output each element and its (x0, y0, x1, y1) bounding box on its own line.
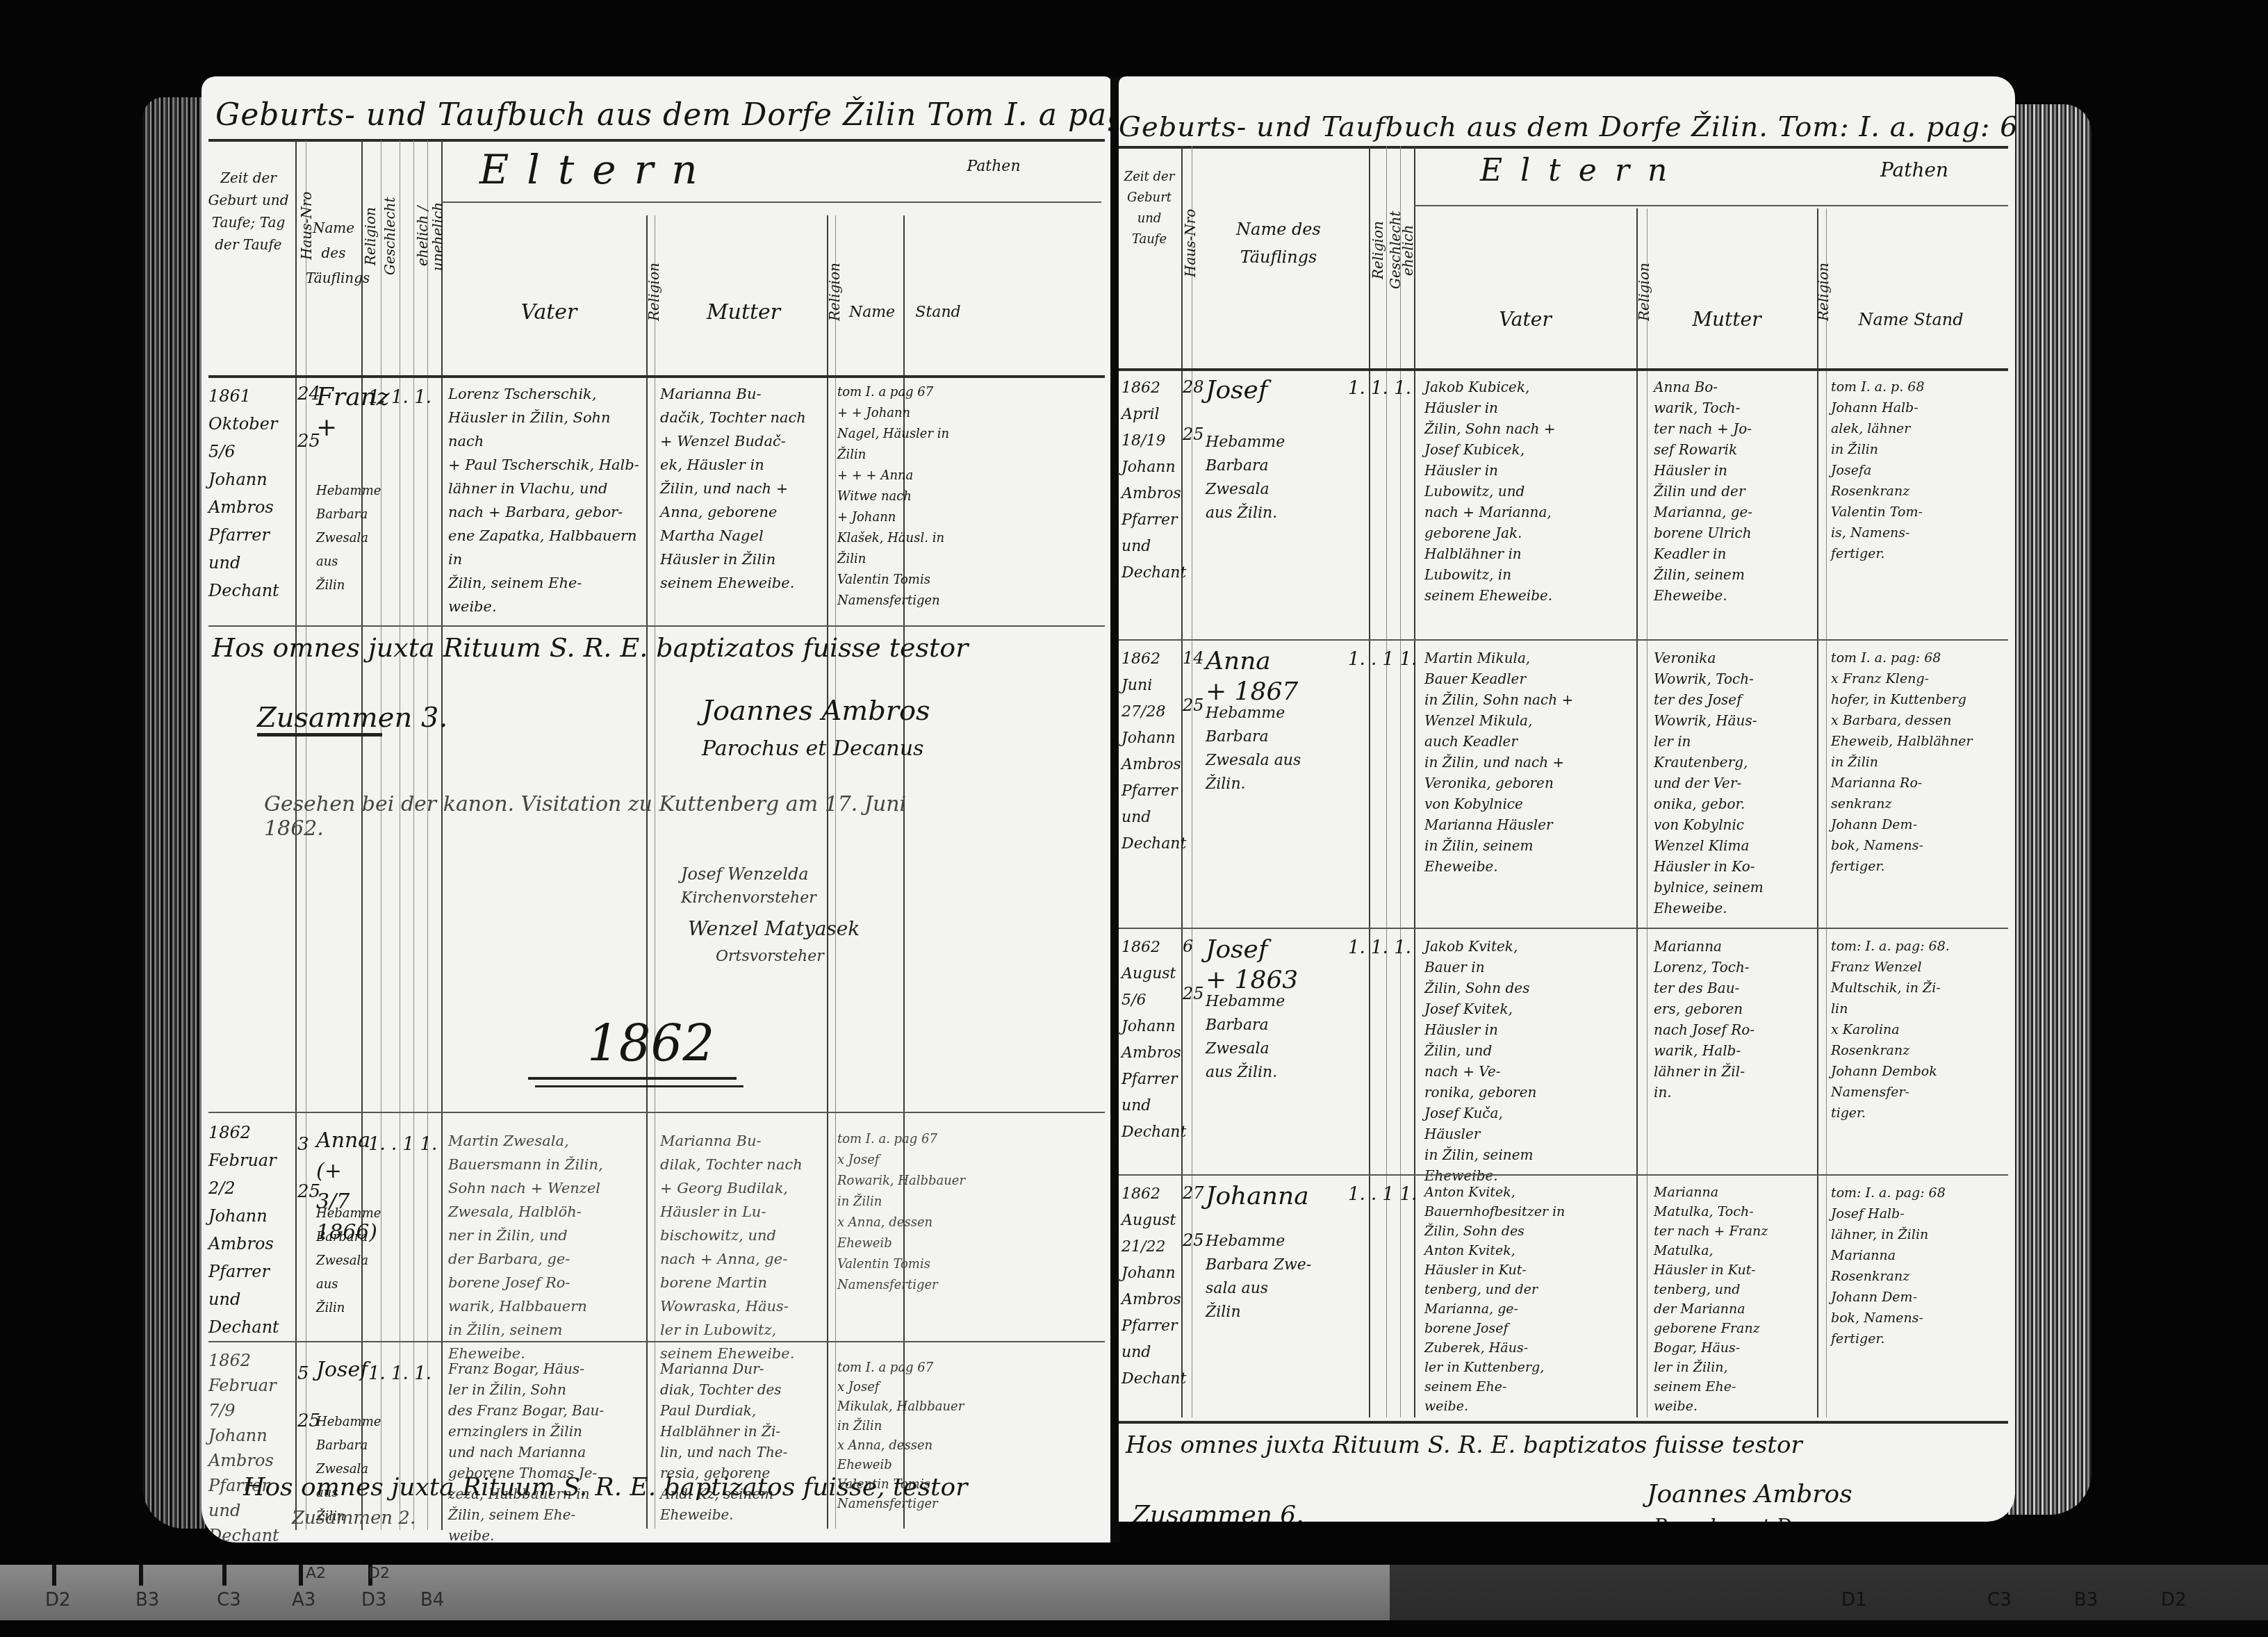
left-page-title: Geburts- und Taufbuch aus dem Dorfe Žili… (215, 97, 1112, 133)
entry-godparents: tom: I. a. pag: 68 Josef Halb- lähner, i… (1831, 1183, 2005, 1349)
entry-father: Jakob Kubicek, Häusler in Žilin, Sohn na… (1424, 377, 1633, 606)
entry-house-number: 27 25 (1183, 1181, 1197, 1252)
entry-date: 1862 August 5/6 Johann Ambros Pfarrer un… (1121, 935, 1183, 1146)
header-bottom-rule (1119, 368, 2008, 371)
godparent-name-header: Name (841, 299, 903, 327)
entry-marks: 1. . 1 1. (1348, 648, 1424, 671)
entry-midwife: Hebamme Barbara Zwesala aus Žilin (316, 1202, 365, 1320)
entry-house-number: 28 25 (1183, 375, 1197, 446)
year-underline (528, 1077, 737, 1080)
entry-mother: Marianna Matulka, Toch- ter nach + Franz… (1654, 1183, 1817, 1416)
column-divider (1647, 208, 1647, 1417)
scale-label: C3 (1987, 1590, 2012, 1611)
entry-mother: Veronika Wowrik, Toch- ter des Josef Wow… (1654, 648, 1817, 919)
entry-house-number: 6 25 (1183, 935, 1197, 1005)
entry-father: Martin Zwesala, Bauersmann in Žilin, Soh… (448, 1129, 646, 1365)
scale-label: C3 (217, 1590, 241, 1611)
entry-child-name: Johanna (1206, 1181, 1372, 1212)
entry-date: 1862 April 18/19 Johann Ambros Pfarrer u… (1121, 375, 1183, 586)
summary-count: Zusammen 3. (257, 702, 447, 734)
entry-father: Franz Bogar, Häus- ler in Žilin, Sohn de… (448, 1358, 646, 1543)
entry-divider (208, 1341, 1105, 1342)
column-divider (1817, 208, 1818, 1417)
entry-date: 1862 Februar 2/2 Johann Ambros Pfarrer u… (208, 1119, 295, 1341)
scale-label: B4 (420, 1590, 444, 1611)
witness-1-role: Kirchenvorsteher (681, 887, 816, 910)
entry-marks: 1. . 1 1. (368, 1133, 445, 1156)
entry-marks: 1. 1. 1. (368, 1362, 445, 1385)
scale-tick (139, 1565, 143, 1586)
godparent-name-status-header: Name Stand (1841, 306, 1980, 334)
subheader-rule (441, 201, 1101, 203)
parents-section-header: Eltern (1480, 153, 1685, 188)
father-religion-header: Religion (646, 229, 661, 354)
father-header: Vater (493, 299, 605, 327)
entry-divider (1119, 639, 2008, 641)
scale-label: A3 (292, 1590, 315, 1611)
entry-divider (208, 625, 1105, 627)
entry-father: Jakob Kvitek, Bauer in Žilin, Sohn des J… (1424, 936, 1633, 1186)
summary-count: Zusammen 6. (1133, 1501, 1304, 1522)
entry-divider (208, 1112, 1105, 1113)
entry-godparents: tom I. a. p. 68 Johann Halb- alek, lähne… (1831, 377, 2005, 564)
subheader-rule (1414, 205, 2008, 206)
entry-house-number: 5 25 (297, 1362, 318, 1433)
legitimacy-header: ehelich (1400, 181, 1415, 320)
entry-house-number: 24 25 (297, 382, 318, 453)
entry-divider (1119, 1174, 2008, 1176)
attestation-text: Hos omnes juxta Rituum S. R. E. baptizat… (1126, 1431, 1802, 1459)
right-page: Geburts- und Taufbuch aus dem Dorfe Žili… (1119, 76, 2015, 1522)
entry-date: 1862 August 21/22 Johann Ambros Pfarrer … (1121, 1181, 1183, 1392)
column-divider (1369, 146, 1370, 1417)
scale-tick (299, 1565, 303, 1586)
column-divider (1386, 146, 1387, 1417)
godparents-header: Pathen (952, 153, 1035, 181)
scale-label-top: D2 (368, 1565, 390, 1582)
entry-date: 1862 Juni 27/28 Johann Ambros Pfarrer un… (1121, 646, 1183, 857)
mother-religion-header: Religion (827, 229, 842, 354)
sex-header: Geschlecht (382, 174, 397, 299)
scale-label: D2 (2161, 1590, 2187, 1611)
witness-2-role: Ortsvorsteher (716, 945, 824, 969)
header-rule (208, 139, 1105, 142)
entry-godparents: tom I. a. pag 67 x Josef Rowarik, Halbba… (837, 1129, 976, 1296)
pastor-title: Parochus et Decanus (1654, 1515, 1861, 1522)
entry-midwife: Hebamme Barbara Zwesala aus Žilin. (1206, 990, 1345, 1085)
entry-child-name: Anna + 1867 (1206, 646, 1345, 707)
summary-underline (257, 733, 382, 737)
godparents-header: Pathen (1869, 156, 1959, 184)
entry-father: Martin Mikula, Bauer Keadler in Žilin, S… (1424, 648, 1633, 877)
book-page-edges-right (2008, 104, 2092, 1515)
godparent-status-header: Stand (907, 299, 969, 327)
column-divider (827, 215, 828, 1529)
column-divider (646, 215, 648, 1529)
pastor-signature: Joannes Ambros (1647, 1480, 1852, 1508)
left-page: Geburts- und Taufbuch aus dem Dorfe Žili… (202, 76, 1112, 1543)
scale-label-top: A2 (306, 1565, 326, 1582)
scanned-register-spread: Geburts- und Taufbuch aus dem Dorfe Žili… (0, 0, 2268, 1637)
scale-label: D2 (45, 1590, 71, 1611)
house-number-header: Haus-Nro (1183, 195, 1198, 292)
attestation-text-bottom: Hos omnes juxta Rituum S. R. E. baptizat… (243, 1473, 967, 1502)
witness-2-name: Wenzel Matyasek (688, 917, 860, 941)
book-page-edges-left (142, 97, 205, 1529)
legitimacy-header: ehelich / unehelich (415, 174, 445, 299)
column-divider (1400, 146, 1401, 1417)
pastor-signature: Joannes Ambros (702, 695, 930, 727)
witness-1-name: Josef Wenzelda (681, 862, 809, 887)
date-column-header: Zeit der Geburt und Taufe (1119, 167, 1180, 250)
column-divider (1414, 146, 1415, 1417)
color-scale-bar-right: D1 C3 B3 D2 (1390, 1565, 2268, 1620)
pastor-title: Parochus et Decanus (702, 737, 923, 761)
entry-marks: 1. 1. 1. (368, 386, 445, 409)
scale-label: D3 (361, 1590, 387, 1611)
child-name-header: Name des Täuflings (306, 215, 361, 290)
entry-godparents: tom: I. a. pag: 68. Franz Wenzel Multsch… (1831, 936, 2005, 1124)
scale-label: B3 (135, 1590, 159, 1611)
scale-tick (52, 1565, 56, 1586)
entry-divider (1119, 928, 2008, 929)
entry-father: Lorenz Tscherschik, Häusler in Žilin, So… (448, 382, 646, 618)
entry-marks: 1. . 1 1. (1348, 1183, 1424, 1206)
scale-label: B3 (2074, 1590, 2098, 1611)
date-column-header: Zeit der Geburt und Taufe; Tag der Taufe (205, 167, 292, 256)
attestation-text: Hos omnes juxta Rituum S. R. E. baptizat… (212, 632, 968, 663)
mother-header: Mutter (1664, 306, 1789, 334)
column-divider (655, 215, 655, 1529)
entry-godparents: tom I. a. pag: 68 x Franz Kleng- hofer, … (1831, 648, 2005, 877)
entry-divider (1119, 1421, 2008, 1424)
entry-child-name: Josef + 1863 (1206, 935, 1345, 996)
entry-date: 1862 Februar 7/9 Johann Ambros Pfarrer u… (208, 1348, 295, 1543)
year-heading: 1862 (587, 1014, 714, 1073)
entry-godparents: tom I. a pag 67 + + Johann Nagel, Häusle… (837, 382, 976, 611)
father-religion-header: Religion (1636, 222, 1652, 361)
parents-section-header: Eltern (479, 146, 716, 193)
entry-mother: Marianna Bu- dilak, Tochter nach + Georg… (660, 1129, 827, 1365)
entry-child-name: Josef (1206, 375, 1331, 406)
column-divider (1826, 208, 1827, 1417)
scale-tick (222, 1565, 227, 1586)
header-bottom-rule (208, 375, 1105, 378)
scale-label: D1 (1841, 1590, 1867, 1611)
entry-mother: Marianna Bu- dačik, Tochter nach + Wenze… (660, 382, 827, 595)
right-page-title: Geburts- und Taufbuch aus dem Dorfe Žili… (1119, 111, 2015, 143)
entry-midwife: Hebamme Barbara Zwesala aus Žilin. (1206, 431, 1345, 525)
column-divider (1636, 208, 1638, 1417)
mother-religion-header: Religion (1816, 222, 1831, 361)
entry-house-number: 14 25 (1183, 646, 1197, 717)
entry-marks: 1. 1. 1. (1348, 377, 1424, 400)
child-name-header: Name des Täuflings (1216, 215, 1341, 271)
entry-midwife: Hebamme Barbara Zwe- sala aus Žilin (1206, 1230, 1345, 1324)
column-divider (835, 215, 836, 1529)
father-header: Vater (1473, 306, 1577, 334)
entry-child-name: Franz + (316, 382, 372, 443)
visitation-note: Gesehen bei der kanon. Visitation zu Kut… (264, 792, 959, 841)
entry-father: Anton Kvitek, Bauernhofbesitzer in Žilin… (1424, 1183, 1633, 1416)
mother-header: Mutter (681, 299, 806, 327)
summary-count-bottom: Zusammen 2. (292, 1508, 416, 1529)
entry-mother: Marianna Lorenz, Toch- ter des Bau- ers,… (1654, 936, 1817, 1103)
entry-date: 1861 Oktober 5/6 Johann Ambros Pfarrer u… (208, 382, 295, 604)
religion-header: Religion (363, 174, 378, 299)
religion-header: Religion (1370, 181, 1386, 320)
entry-marks: 1. 1. 1. (1348, 936, 1424, 960)
entry-midwife: Hebamme Barbara Zwesala aus Žilin. (1206, 702, 1345, 796)
entry-midwife: Hebamme Barbara Zwesala aus Žilin (316, 479, 365, 598)
header-rule (1119, 146, 2008, 149)
entry-house-number: 3 25 (297, 1133, 318, 1203)
entry-mother: Anna Bo- warik, Toch- ter nach + Jo- sef… (1654, 377, 1817, 606)
year-underline (535, 1085, 743, 1087)
